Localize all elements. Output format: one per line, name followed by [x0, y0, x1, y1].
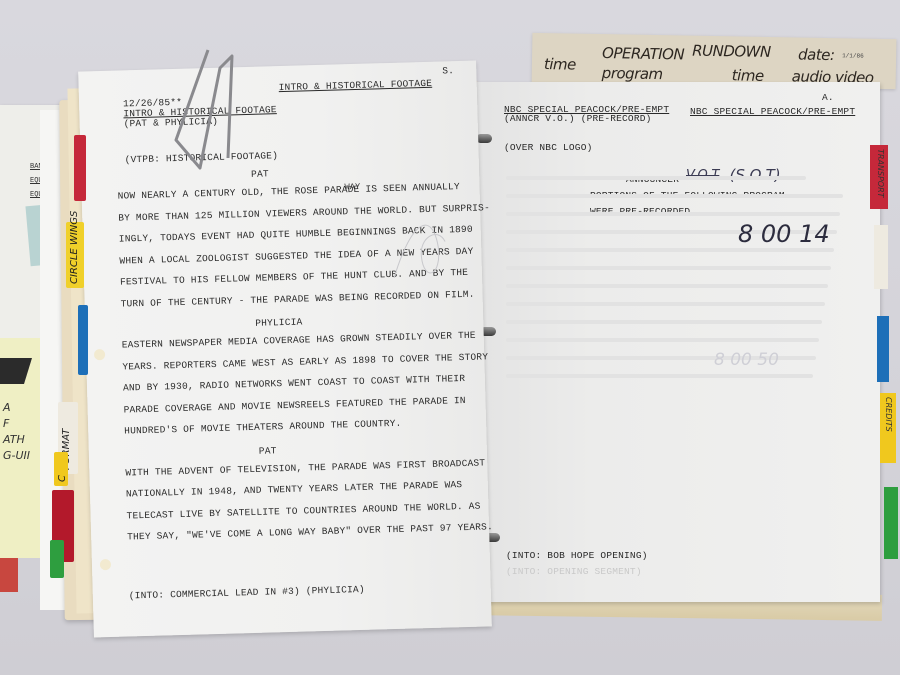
- faded-text-line: [506, 374, 813, 378]
- script-body: PATNOW NEARLY A CENTURY OLD, THE ROSE PA…: [78, 61, 476, 72]
- sticky-note-handwriting: A F ATH G-UII: [3, 400, 30, 464]
- faded-text-line: [506, 176, 806, 180]
- tab-divider[interactable]: [74, 135, 86, 201]
- tab-label: CREDITS: [884, 397, 893, 432]
- page-marker: A.: [822, 92, 834, 103]
- script-line: PARADE COVERAGE AND MOVIE NEWSREELS FEAT…: [123, 394, 465, 415]
- script-line: HUNDRED'S OF MOVIE THEATERS AROUND THE C…: [124, 418, 402, 437]
- script-line: YEARS. REPORTERS CAME WEST AS EARLY AS 1…: [122, 351, 488, 372]
- punch-hole: [94, 349, 105, 360]
- script-line: NOW NEARLY A CENTURY OLD, THE ROSE PARAD…: [118, 181, 460, 202]
- rundown-strip: time OPERATION RUNDOWN date: 1/1/86 prog…: [532, 33, 897, 89]
- tab-divider[interactable]: CIRCLE WINGS: [66, 222, 84, 288]
- tab-divider[interactable]: [50, 540, 64, 578]
- faded-text-line: [506, 212, 840, 216]
- speaker-name: PAT: [259, 445, 277, 456]
- tab-label: C: [57, 475, 68, 482]
- punch-hole: [100, 559, 111, 570]
- rundown-date: 1/1/86: [842, 52, 864, 59]
- tab-divider[interactable]: [78, 305, 88, 375]
- script-line: NATIONALLY IN 1948, AND TWENTY YEARS LAT…: [126, 479, 463, 499]
- faded-text-line: [506, 338, 819, 342]
- logo-cue: (OVER NBC LOGO): [504, 142, 593, 153]
- footer-cue: (INTO: COMMERCIAL LEAD IN #3) (PHYLICIA): [129, 584, 365, 602]
- binder-ring-top: [476, 134, 492, 143]
- footer-cue: (INTO: BOB HOPE OPENING): [506, 550, 648, 561]
- faded-footer: (INTO: OPENING SEGMENT): [506, 566, 642, 577]
- header-sub: (ANNCR V.O.) (PRE-RECORD): [504, 113, 652, 124]
- tab-divider[interactable]: [877, 316, 889, 382]
- tab-divider[interactable]: C: [54, 452, 68, 486]
- faded-text-line: [506, 266, 831, 270]
- left-script-page: S. INTRO & HISTORICAL FOOTAGE 12/26/85**…: [78, 61, 492, 638]
- paper-clip: [170, 48, 240, 178]
- speaker-name: PAT: [251, 168, 269, 179]
- handwritten-time: 8 00 14: [738, 220, 830, 248]
- faded-text-line: [506, 302, 825, 306]
- right-script-page: A. NBC SPECIAL PEACOCK/PRE-EMPT (ANNCR V…: [470, 82, 880, 602]
- handwritten-time-faint: 8 00 50: [714, 350, 779, 370]
- faded-text-line: [506, 320, 822, 324]
- segment-title-header: INTRO & HISTORICAL FOOTAGE: [279, 78, 433, 93]
- faded-text-line: [506, 194, 843, 198]
- tab-divider[interactable]: [884, 487, 898, 559]
- script-line: TELECAST LIVE BY SATELLITE TO COUNTRIES …: [126, 500, 480, 521]
- faded-text-line: [506, 248, 834, 252]
- page-marker: S.: [442, 65, 454, 76]
- header-right: NBC SPECIAL PEACOCK/PRE-EMPT: [690, 106, 855, 117]
- tab-label: TRANSPORT: [876, 149, 885, 198]
- tab-label: CIRCLE WINGS: [69, 211, 80, 284]
- tab-divider[interactable]: TRANSPORT: [870, 145, 888, 209]
- tab-divider[interactable]: [874, 225, 888, 289]
- script-line: AND BY 1930, RADIO NETWORKS WENT COAST T…: [123, 373, 465, 394]
- script-line: WITH THE ADVENT OF TELEVISION, THE PARAD…: [125, 457, 485, 478]
- faded-text-line: [506, 284, 828, 288]
- script-line: TURN OF THE CENTURY - THE PARADE WAS BEI…: [121, 288, 475, 309]
- pencil-scribble: [382, 206, 454, 288]
- announcer-handwritten: . (S.O.T): [720, 166, 781, 184]
- script-line: THEY SAY, "WE'VE COME A LONG WAY BABY" O…: [127, 521, 493, 542]
- speaker-name: PHYLICIA: [255, 317, 303, 329]
- script-line: EASTERN NEWSPAPER MEDIA COVERAGE HAS GRO…: [122, 330, 476, 351]
- tab-divider[interactable]: CREDITS: [880, 393, 896, 463]
